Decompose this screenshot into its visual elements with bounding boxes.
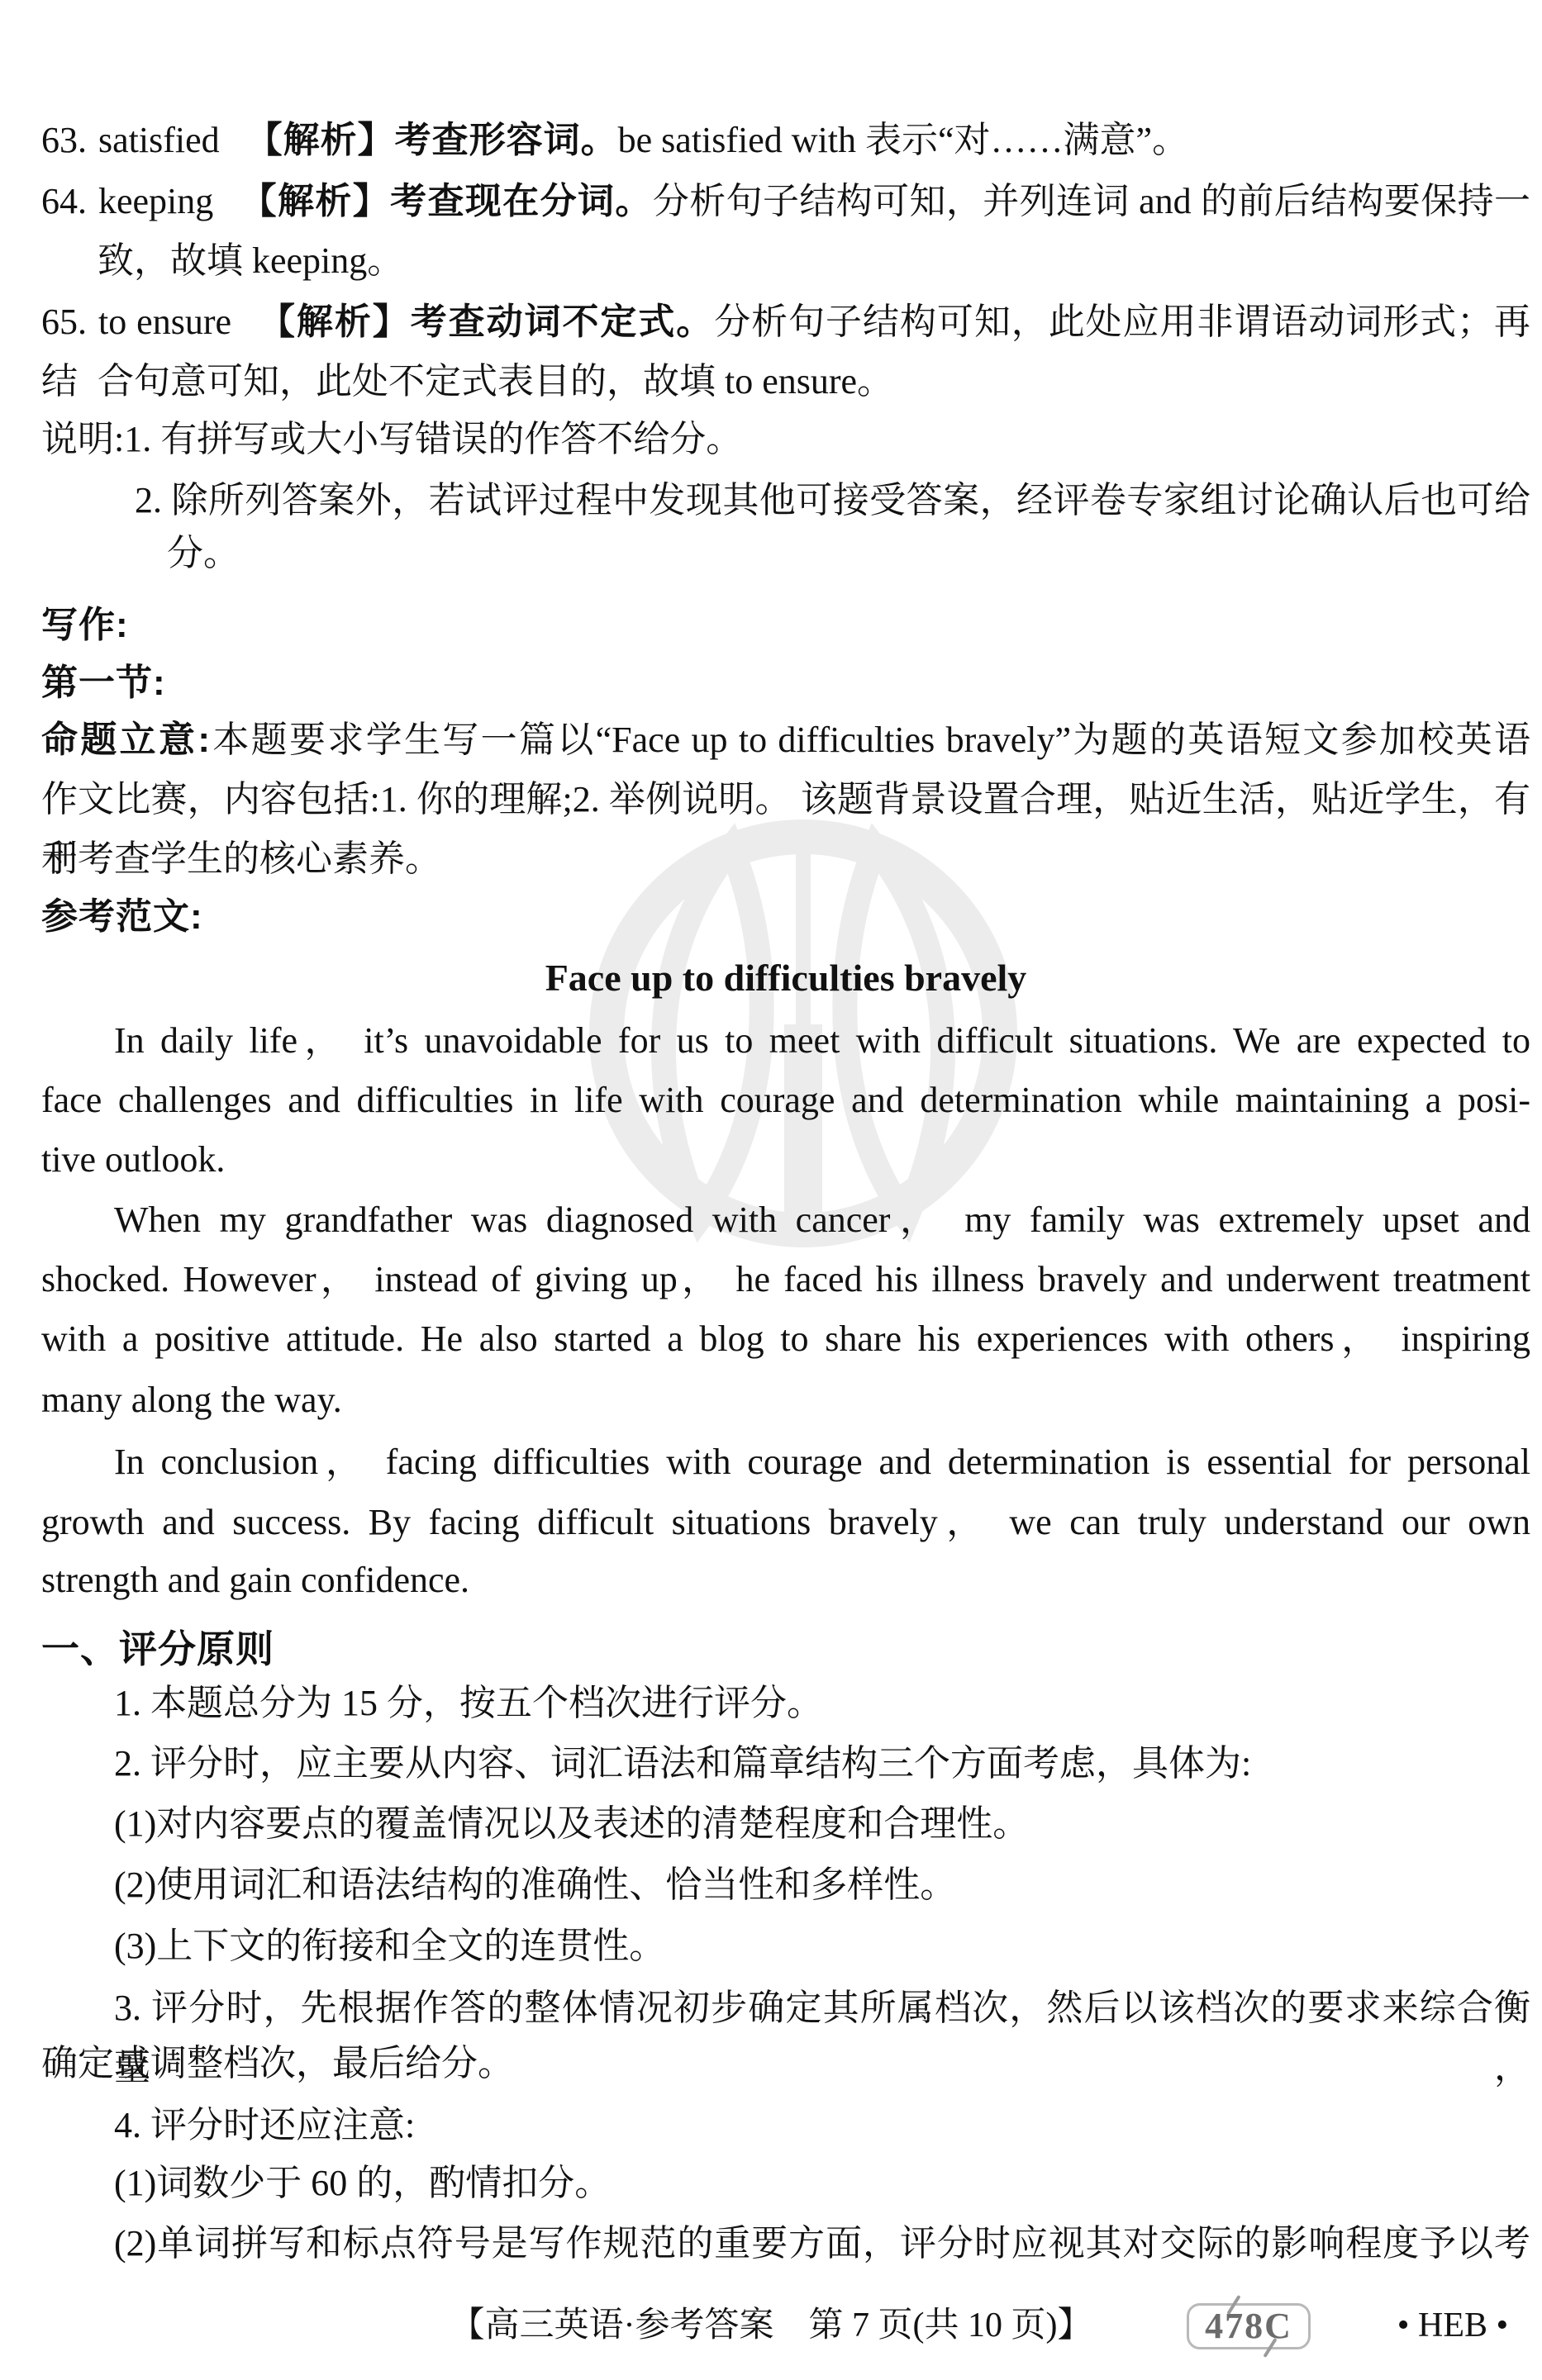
- intent-line-2: 作文比赛，内容包括:1. 你的理解;2. 举例说明。 该题背景设置合理，贴近生活…: [41, 770, 1530, 829]
- note-line-3: 分。: [41, 524, 1530, 583]
- essay-title: Face up to difficulties bravely: [41, 948, 1530, 1008]
- sample-essay-label: 参考范文:: [41, 887, 1530, 947]
- scoring-item: 4. 评分时还应注意:: [41, 2096, 1530, 2155]
- footer-page-info: 【高三英语·参考答案 第 7 页(共 10 页)】: [0, 2297, 1542, 2354]
- essay-p1-line-2: face challenges and difficulties in life…: [41, 1071, 1530, 1130]
- answer-number: 64.: [41, 181, 87, 221]
- scoring-item-continued: 确定或调整档次，最后给分。: [41, 2034, 1530, 2093]
- writing-section-heading: 第一节:: [41, 653, 1530, 713]
- answer-line-64-continued: 致，故填 keeping。: [41, 231, 1530, 291]
- paper-code-badge: 478C: [1187, 2303, 1311, 2349]
- essay-p3-line-2: growth and success. By facing difficult …: [41, 1493, 1530, 1552]
- essay-p3-line-3: strength and gain confidence.: [41, 1551, 1530, 1610]
- answer-word: keeping: [98, 181, 213, 221]
- note-line-2: 2. 除所列答案外，若试评过程中发现其他可接受答案，经评卷专家组讨论确认后也可给: [41, 471, 1530, 530]
- intent-text: 本题要求学生写一篇以“Face up to difficulties brave…: [211, 720, 1530, 760]
- answer-word: to ensure: [98, 302, 231, 342]
- scoring-subitem: (1)词数少于 60 的，酌情扣分。: [41, 2154, 1530, 2213]
- scoring-heading: 一、评分原则: [41, 1619, 1530, 1679]
- intent-line-1: 命题立意:本题要求学生写一篇以“Face up to difficulties …: [41, 710, 1530, 770]
- answer-number: 65.: [41, 302, 87, 342]
- essay-p1-line-3: tive outlook.: [41, 1130, 1530, 1190]
- scoring-item: 2. 评分时，应主要从内容、词汇语法和篇章结构三个方面考虑，具体为:: [41, 1734, 1530, 1793]
- analysis-tag: 【解析】考查形容词。: [246, 120, 618, 160]
- answer-word: satisfied: [98, 120, 220, 160]
- scoring-item: 1. 本题总分为 15 分，按五个档次进行评分。: [41, 1674, 1530, 1733]
- intent-label: 命题立意:: [41, 720, 211, 760]
- analysis-text: be satisfied with 表示“对……满意”。: [618, 120, 1188, 160]
- note-line-1: 说明:1. 有拼写或大小写错误的作答不给分。: [41, 410, 1530, 469]
- answer-line-65-continued: 合句意可知，此处不定式表目的，故填 to ensure。: [41, 352, 1530, 411]
- analysis-text: 分析句子结构可知，并列连词 and 的前后结构要保持一: [653, 181, 1530, 221]
- essay-p2-line-1: When my grandfather was diagnosed with c…: [41, 1190, 1530, 1250]
- footer-region-label: • HEB •: [1364, 2297, 1542, 2354]
- analysis-tag: 【解析】考查动词不定式。: [258, 302, 714, 342]
- essay-p3-line-1: In conclusion， facing difficulties with …: [41, 1432, 1530, 1492]
- intent-line-3: 于考查学生的核心素养。: [41, 829, 1530, 889]
- essay-p2-line-4: many along the way.: [41, 1371, 1530, 1430]
- essay-p1-line-1: In daily life， it’s unavoidable for us t…: [41, 1011, 1530, 1071]
- scoring-subitem: (2)使用词汇和语法结构的准确性、恰当性和多样性。: [41, 1855, 1530, 1915]
- scoring-subitem: (3)上下文的衔接和全文的连贯性。: [41, 1917, 1530, 1976]
- writing-heading: 写作:: [41, 596, 1530, 655]
- scoring-subitem: (2)单词拼写和标点符号是写作规范的重要方面，评分时应视其对交际的影响程度予以考: [41, 2214, 1530, 2273]
- essay-p2-line-3: with a positive attitude. He also starte…: [41, 1309, 1530, 1369]
- answer-line-65: 65.to ensure【解析】考查动词不定式。分析句子结构可知，此处应用非谓语…: [41, 292, 1530, 352]
- paper-code: 478C: [1205, 2306, 1292, 2346]
- analysis-tag: 【解析】考查现在分词。: [240, 181, 653, 221]
- answer-line-63: 63.satisfied【解析】考查形容词。be satisfied with …: [41, 111, 1530, 170]
- scoring-item: 3. 评分时，先根据作答的整体情况初步确定其所属档次，然后以该档次的要求来综合衡…: [41, 1979, 1530, 2038]
- exam-answer-page: 63.satisfied【解析】考查形容词。be satisfied with …: [0, 0, 1542, 2380]
- answer-number: 63.: [41, 120, 87, 160]
- essay-p2-line-2: shocked. However， instead of giving up， …: [41, 1250, 1530, 1309]
- scoring-subitem: (1)对内容要点的覆盖情况以及表述的清楚程度和合理性。: [41, 1794, 1530, 1854]
- answer-line-64: 64.keeping【解析】考查现在分词。分析句子结构可知，并列连词 and 的…: [41, 172, 1530, 231]
